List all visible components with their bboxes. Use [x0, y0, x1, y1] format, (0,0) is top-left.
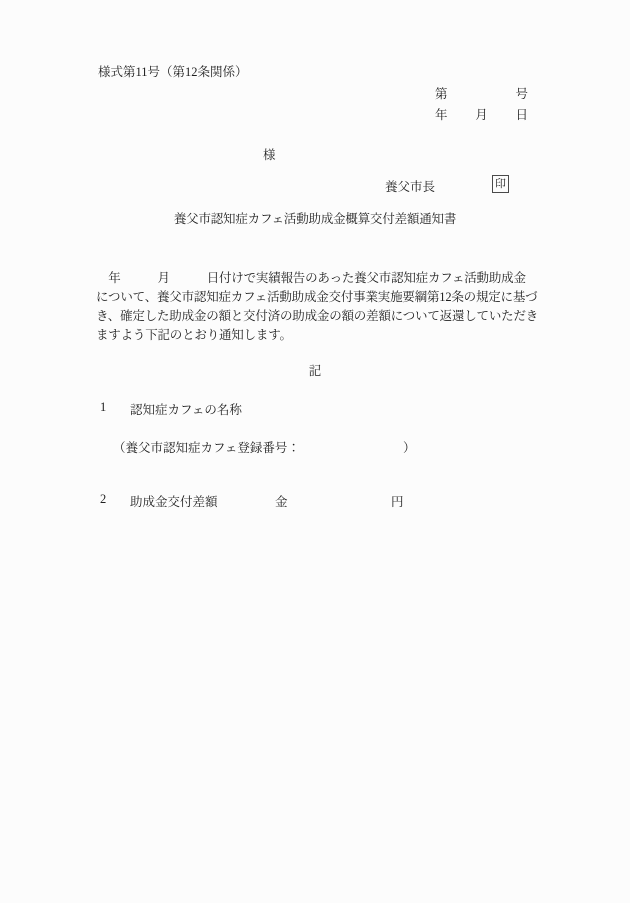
- date-month-label: 月: [475, 105, 488, 123]
- addressee-suffix: 様: [263, 145, 276, 163]
- doc-number-suffix: 号: [515, 84, 528, 102]
- issuer-name: 養父市長: [385, 177, 435, 195]
- item-2-label: 助成金交付差額: [130, 492, 218, 510]
- document-title: 養父市認知症カフェ活動助成金概算交付差額通知書: [0, 209, 630, 227]
- item-2-row: 2 助成金交付差額 金 円: [0, 492, 630, 510]
- body-line-4: ますよう下記のとおり通知します。: [96, 325, 292, 343]
- item-1-number: 1: [100, 400, 106, 415]
- body-line-3: き、確定した助成金の額と交付済の助成金の額の差額について返還していただき: [96, 306, 538, 324]
- date-year-label: 年: [435, 105, 448, 123]
- body-line-1: 年 月 日付けで実績報告のあった養父市認知症カフェ活動助成金: [96, 268, 526, 286]
- body-line-2: について、養父市認知症カフェ活動助成金交付事業実施要綱第12条の規定に基づ: [96, 287, 537, 305]
- notation-marker: 記: [0, 361, 630, 379]
- date-day-label: 日: [515, 105, 528, 123]
- date-line: 年 月 日: [435, 105, 528, 123]
- registration-number-label: （養父市認知症カフェ登録番号：: [113, 438, 300, 456]
- document-page: 様式第11号（第12条関係） 第 号 年 月 日 様 養父市長 印 養父市認知症…: [0, 0, 630, 903]
- form-number: 様式第11号（第12条関係）: [98, 62, 248, 80]
- item-2-number: 2: [100, 492, 106, 507]
- amount-unit-label: 円: [391, 492, 404, 510]
- seal-stamp: 印: [492, 175, 509, 193]
- doc-number-line: 第 号: [435, 84, 528, 102]
- doc-number-prefix: 第: [435, 84, 448, 102]
- amount-currency-label: 金: [275, 492, 288, 510]
- registration-number-close-paren: ）: [403, 438, 416, 456]
- item-1-label: 認知症カフェの名称: [130, 400, 242, 418]
- item-1-row: 1 認知症カフェの名称: [0, 400, 630, 418]
- item-1-registration-row: （養父市認知症カフェ登録番号： ）: [0, 438, 630, 456]
